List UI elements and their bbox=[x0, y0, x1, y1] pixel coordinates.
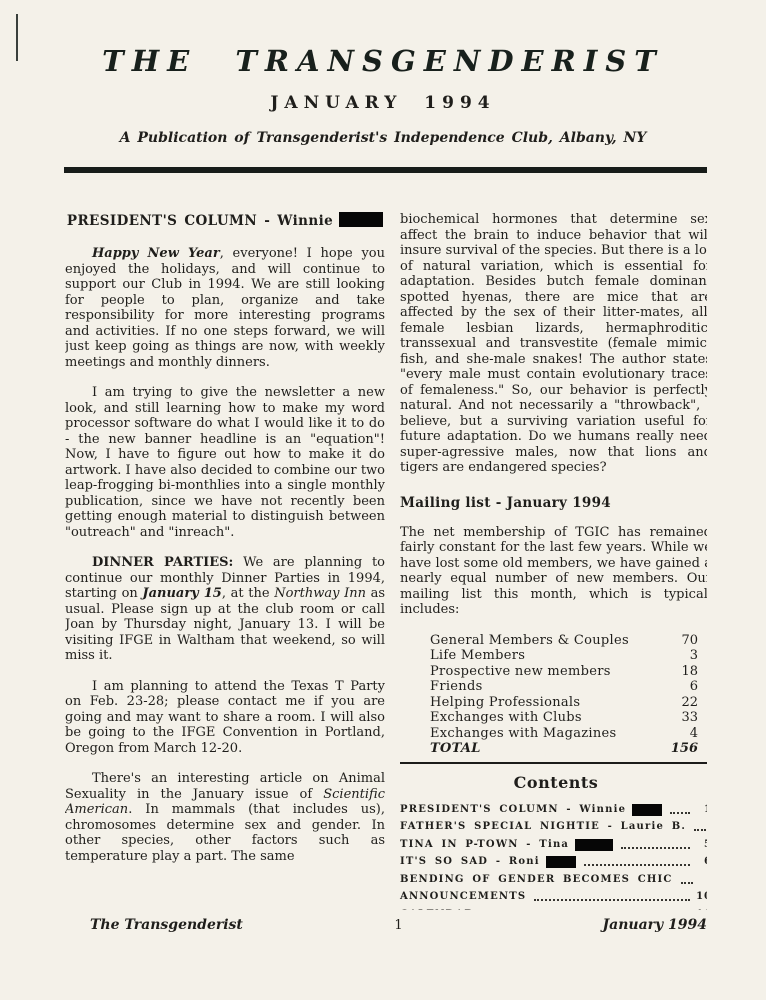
mailing-list-rows: General Members & Couples70Life Members3… bbox=[400, 633, 707, 742]
left-column: PRESIDENT'S COLUMN - Winnie Happy New Ye… bbox=[65, 212, 385, 910]
contents-entry-label: PRESIDENT'S COLUMN - Winnie bbox=[400, 803, 626, 816]
mailing-count: 6 bbox=[668, 679, 698, 695]
table-row: Exchanges with Magazines4 bbox=[400, 726, 707, 742]
redacted-name bbox=[632, 804, 662, 816]
mailing-category: Friends bbox=[430, 679, 483, 695]
mailing-list-table: General Members & Couples70Life Members3… bbox=[400, 633, 707, 764]
contents-entry-label: TINA IN P-TOWN - Tina bbox=[400, 838, 569, 851]
contents-entry: ANNOUNCEMENTS10 bbox=[400, 890, 707, 903]
dotted-leader bbox=[670, 812, 690, 814]
right-column: biochemical hormones that determine sex … bbox=[400, 212, 707, 910]
redacted-name bbox=[546, 856, 576, 868]
contents-page-number: 10 bbox=[696, 890, 707, 903]
mailing-category: Exchanges with Clubs bbox=[430, 710, 582, 726]
paragraph: DINNER PARTIES: We are planning to conti… bbox=[65, 555, 385, 664]
paragraph: Happy New Year, everyone! I hope you enj… bbox=[65, 246, 385, 370]
contents-page-number: 1 bbox=[696, 803, 707, 816]
contents-list: PRESIDENT'S COLUMN - Winnie1FATHER'S SPE… bbox=[400, 803, 707, 911]
contents-heading: Contents bbox=[400, 773, 707, 792]
page-footer: The Transgenderist 1 January 1994 bbox=[65, 917, 707, 933]
paragraph: I am trying to give the newsletter a new… bbox=[65, 385, 385, 540]
redacted-name bbox=[339, 212, 383, 227]
scan-artifact-line bbox=[16, 14, 18, 61]
mailing-list-heading: Mailing list - January 1994 bbox=[400, 495, 707, 511]
contents-entry: IT'S SO SAD - Roni6 bbox=[400, 855, 707, 868]
body-columns: PRESIDENT'S COLUMN - Winnie Happy New Ye… bbox=[65, 198, 707, 910]
presidents-column-heading: PRESIDENT'S COLUMN - Winnie bbox=[65, 212, 385, 229]
footer-issue-date: January 1994 bbox=[403, 917, 707, 933]
contents-entry: CALENDAR10 bbox=[400, 908, 707, 911]
paragraph: The net membership of TGIC has remained … bbox=[400, 525, 707, 618]
contents-entry-label: IT'S SO SAD - Roni bbox=[400, 855, 540, 868]
contents-entry: PRESIDENT'S COLUMN - Winnie1 bbox=[400, 803, 707, 816]
newsletter-title: THE TRANSGENDERIST bbox=[0, 44, 766, 78]
dotted-leader bbox=[681, 882, 693, 884]
dotted-leader bbox=[584, 864, 690, 866]
table-row: Friends6 bbox=[400, 679, 707, 695]
mailing-count: 70 bbox=[668, 633, 698, 649]
mailing-category: Life Members bbox=[430, 648, 525, 664]
contents-divider-rule bbox=[400, 762, 707, 764]
contents-entry-label: ANNOUNCEMENTS bbox=[400, 890, 526, 903]
mailing-category: Exchanges with Magazines bbox=[430, 726, 617, 742]
contents-entry: BENDING OF GENDER BECOMES CHIC9 bbox=[400, 873, 707, 886]
mailing-count: 18 bbox=[668, 664, 698, 680]
paragraph: There's an interesting article on Animal… bbox=[65, 771, 385, 864]
publication-subtitle: A Publication of Transgenderist's Indepe… bbox=[0, 130, 766, 146]
paragraph: biochemical hormones that determine sex … bbox=[400, 212, 707, 476]
newsletter-page: THE TRANSGENDERIST JANUARY 1994 A Public… bbox=[0, 0, 766, 1000]
contents-entry-label: CALENDAR bbox=[400, 908, 474, 911]
table-row: Exchanges with Clubs33 bbox=[400, 710, 707, 726]
table-row: Prospective new members18 bbox=[400, 664, 707, 680]
contents-page-number: 10 bbox=[696, 908, 707, 911]
masthead: THE TRANSGENDERIST JANUARY 1994 A Public… bbox=[0, 0, 766, 146]
mailing-count: 4 bbox=[668, 726, 698, 742]
dotted-leader bbox=[694, 829, 706, 831]
paragraph: I am planning to attend the Texas T Part… bbox=[65, 679, 385, 757]
mailing-category: Helping Professionals bbox=[430, 695, 580, 711]
table-row-total: TOTAL 156 bbox=[400, 741, 707, 757]
total-label: TOTAL bbox=[430, 741, 481, 757]
footer-newsletter-name: The Transgenderist bbox=[65, 917, 394, 933]
issue-date: JANUARY 1994 bbox=[0, 93, 766, 113]
mailing-category: General Members & Couples bbox=[430, 633, 629, 649]
total-value: 156 bbox=[668, 741, 698, 757]
mailing-count: 33 bbox=[668, 710, 698, 726]
contents-page-number: 9 bbox=[699, 873, 707, 886]
footer-page-number: 1 bbox=[394, 918, 402, 933]
redacted-name bbox=[575, 839, 613, 851]
mailing-category: Prospective new members bbox=[430, 664, 611, 680]
mailing-count: 22 bbox=[668, 695, 698, 711]
contents-page-number: 5 bbox=[696, 838, 707, 851]
contents-entry-label: FATHER'S SPECIAL NIGHTIE - Laurie B. bbox=[400, 820, 686, 833]
dotted-leader bbox=[534, 899, 690, 901]
table-row: Life Members3 bbox=[400, 648, 707, 664]
dotted-leader bbox=[621, 847, 690, 849]
table-row: Helping Professionals22 bbox=[400, 695, 707, 711]
contents-page-number: 6 bbox=[696, 855, 707, 868]
mailing-count: 3 bbox=[668, 648, 698, 664]
contents-entry: FATHER'S SPECIAL NIGHTIE - Laurie B.3 bbox=[400, 820, 707, 833]
contents-entry: TINA IN P-TOWN - Tina5 bbox=[400, 838, 707, 851]
header-rule bbox=[64, 167, 707, 173]
contents-entry-label: BENDING OF GENDER BECOMES CHIC bbox=[400, 873, 673, 886]
table-row: General Members & Couples70 bbox=[400, 633, 707, 649]
